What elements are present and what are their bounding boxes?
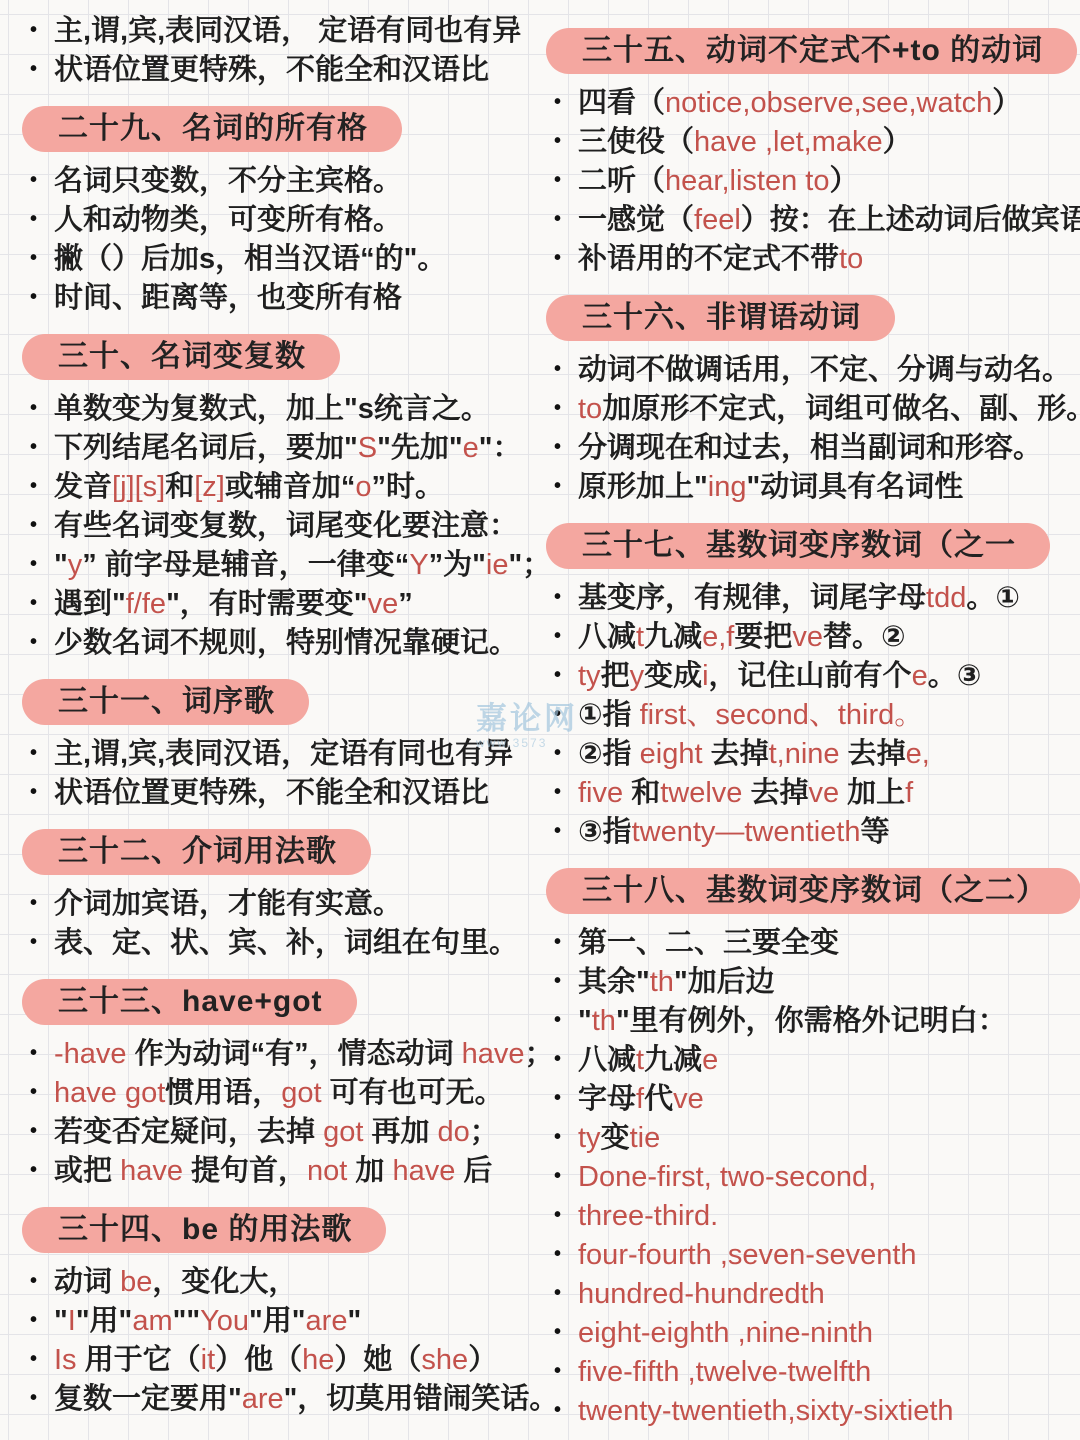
bullet-icon: • [554,428,561,467]
highlight-text-segment: he [302,1344,334,1376]
highlight-text-segment: three-third. [578,1200,718,1232]
text-segment: 九减 [644,621,702,653]
section-header-pill: 三十五、动词不定式不+to 的动词 [546,28,1077,74]
text-segment: "先加" [377,432,463,464]
highlight-text-segment: e,f [702,621,734,653]
section-header-pill: 三十四、be 的用法歌 [22,1207,386,1253]
bullet-item: •人和动物类，可变所有格。 [22,201,534,240]
bullet-icon: • [554,200,561,239]
bullet-item: •若变否定疑问，去掉 got 再加 do； [22,1113,534,1152]
text-segment: 惯用语， [165,1077,281,1109]
text-segment: 再加 [363,1116,437,1148]
highlight-text-segment: be [120,1266,152,1298]
bullet-icon: • [554,161,561,200]
text-segment: 代 [644,1083,673,1115]
bullet-item: •三使役（have ,let,make） [546,123,1078,162]
bullet-icon: • [30,1262,37,1301]
highlight-text-segment: have [392,1155,455,1187]
highlight-text-segment: f [636,1083,644,1115]
section-header-pill: 三十六、非谓语动词 [546,295,895,341]
highlight-text-segment: first、second、third。 [640,699,924,731]
text-segment: 时间、距离等，也变所有格 [54,282,402,314]
two-column-layout: •主,谓,宾,表同汉语， 定语有同也有异•状语位置更特殊，不能全和汉语比二十九、… [0,0,1080,1431]
text-segment: 发音 [54,471,112,503]
bullet-icon: • [30,923,37,962]
text-segment: ”时。 [371,471,444,503]
bullet-icon: • [554,1079,561,1118]
bullet-item: •撇（）后加s，相当汉语“的"。 [22,240,534,279]
bullet-icon: • [30,239,37,278]
text-segment: 和 [165,471,194,503]
highlight-text-segment: y [68,549,83,581]
bullet-item: •或把 have 提句首，not 加 have 后 [22,1152,534,1191]
bullet-icon: • [30,506,37,545]
text-segment: 状语位置更特殊，不能全和汉语比 [54,777,489,809]
text-segment: 去掉 [742,777,808,809]
text-segment: 和 [623,777,660,809]
bullet-icon: • [30,773,37,812]
text-segment: 其余" [578,966,650,998]
bullet-icon: • [554,389,561,428]
text-segment: "，切莫用错闹笑话。 [284,1383,559,1415]
bullet-icon: • [554,350,561,389]
bullet-icon: • [554,1274,561,1313]
highlight-text-segment: five [578,777,623,809]
bullet-icon: • [554,1235,561,1274]
section-header-pill: 三十一、词序歌 [22,679,309,725]
text-segment: "，有时需要变" [166,588,368,620]
bullet-item: •遇到"f/fe"，有时需要变"ve” [22,585,534,624]
bullet-icon: • [30,278,37,317]
bullet-item: •动词不做调话用，不定、分调与动名。 [546,351,1078,390]
text-segment: "； [508,549,551,581]
bullet-item: •介词加宾语，才能有实意。 [22,885,534,924]
highlight-text-segment: You [200,1305,249,1337]
text-segment: 单数变为复数式，加上"s统言之。 [54,393,490,425]
bullet-item: •状语位置更特殊，不能全和汉语比 [22,51,534,90]
highlight-text-segment: Is [54,1344,77,1376]
highlight-text-segment: am [132,1305,172,1337]
bullet-item: •八减t九减e,f要把ve替。② [546,618,1078,657]
highlight-text-segment: t [636,1044,644,1076]
highlight-text-segment: it [201,1344,216,1376]
bullet-icon: • [554,122,561,161]
text-segment: 去掉 [703,738,769,770]
bullet-item: •three-third. [546,1197,1078,1236]
highlight-text-segment: I [68,1305,76,1337]
bullet-icon: • [30,428,37,467]
bullet-item: •主,谓,宾,表同汉语， 定语有同也有异 [22,12,534,51]
bullet-item: •四看（notice,observe,see,watch） [546,84,1078,123]
highlight-text-segment: are [306,1305,348,1337]
text-segment: ） [468,1344,497,1376]
bullet-item: •主,谓,宾,表同汉语，定语有同也有异 [22,735,534,774]
text-segment: 变 [601,1122,630,1154]
highlight-text-segment: have ,let,make [694,126,883,158]
highlight-text-segment: th [650,966,674,998]
text-segment: ）他（ [215,1344,302,1376]
bullet-item: •eight-eighth ,nine-ninth [546,1314,1078,1353]
section-header-pill: 三十八、基数词变序数词（之二） [546,868,1080,914]
text-segment: "用" [76,1305,133,1337]
bullet-item: •Is 用于它（it）他（he）她（she） [22,1341,534,1380]
bullet-item: •状语位置更特殊，不能全和汉语比 [22,774,534,813]
bullet-icon: • [30,1340,37,1379]
bullet-icon: • [554,1313,561,1352]
text-segment: 把 [601,660,630,692]
bullet-icon: • [554,812,561,851]
bullet-icon: • [554,695,561,734]
bullet-icon: • [554,467,561,506]
section-header-pill: 三十三、have+got [22,979,357,1025]
text-segment: 字母 [578,1083,636,1115]
highlight-text-segment: e [702,1044,718,1076]
highlight-text-segment: got [323,1116,363,1148]
text-segment: ①指 [578,699,640,731]
bullet-item: •to加原形不定式，词组可做名、副、形。 [546,390,1078,429]
bullet-icon: • [554,617,561,656]
text-segment: ）她（ [334,1344,421,1376]
text-segment: 要把 [734,621,792,653]
text-segment: 若变否定疑问，去掉 [54,1116,323,1148]
text-segment: " [54,1305,68,1337]
text-segment: ，变化大， [152,1266,297,1298]
bullet-icon: • [554,83,561,122]
section-header-pill: 三十、名词变复数 [22,334,340,380]
bullet-item: •-have 作为动词“有”，情态动词 have； [22,1035,534,1074]
bullet-icon: • [30,1301,37,1340]
bullet-item: •复数一定要用"are"，切莫用错闹笑话。 [22,1380,534,1419]
bullet-item: •时间、距离等，也变所有格 [22,279,534,318]
bullet-icon: • [30,467,37,506]
highlight-text-segment: twenty-twentieth,sixty-sixtieth [578,1395,954,1427]
highlight-text-segment: to [839,243,863,275]
text-segment: 加 [347,1155,392,1187]
bullet-item: •二听（hear,listen to） [546,162,1078,201]
text-segment: ） [992,87,1021,119]
bullet-item: •hundred-hundredth [546,1275,1078,1314]
text-segment: ） [883,126,912,158]
bullet-icon: • [30,1034,37,1073]
highlight-text-segment: eight [640,738,703,770]
highlight-text-segment: Y [409,549,428,581]
text-segment: 少数名词不规则，特别情况靠硬记。 [54,627,518,659]
text-segment: 补语用的不定式不带 [578,243,839,275]
text-segment: 复数一定要用" [54,1383,242,1415]
text-segment: 动词 [54,1266,120,1298]
text-segment: ” 前字母是辅音，一律变“ [82,549,409,581]
highlight-text-segment: five-fifth ,twelve-twelfth [578,1356,871,1388]
bullet-icon: • [30,584,37,623]
bullet-item: •补语用的不定式不带to [546,240,1078,279]
bullet-icon: • [30,161,37,200]
bullet-item: •twenty-twentieth,sixty-sixtieth [546,1392,1078,1431]
text-segment: ②指 [578,738,640,770]
text-segment: 提句首， [183,1155,307,1187]
bullet-item: •八减t九减e [546,1041,1078,1080]
section-header-pill: 二十九、名词的所有格 [22,106,402,152]
highlight-text-segment: e, [906,738,930,770]
bullet-item: •下列结尾名词后，要加"S"先加"e"： [22,429,534,468]
text-segment: ”为" [429,549,486,581]
text-segment: 主,谓,宾,表同汉语， 定语有同也有异 [54,15,521,47]
bullet-icon: • [554,1196,561,1235]
text-segment: 基变序，有规律，词尾字母 [578,582,926,614]
bullet-item: •Done-first, two-second, [546,1158,1078,1197]
text-segment: 一感觉（ [578,204,694,236]
highlight-text-segment: e [912,660,928,692]
text-segment: "加后边 [674,966,775,998]
bullet-icon: • [554,1391,561,1430]
text-segment: 加上 [839,777,905,809]
bullet-item: •单数变为复数式，加上"s统言之。 [22,390,534,429]
text-segment: ” [398,588,413,620]
text-segment: 等 [860,816,889,848]
text-segment: 作为动词“有”，情态动词 [127,1038,462,1070]
bullet-item: •名词只变数，不分主宾格。 [22,162,534,201]
bullet-item: •five 和twelve 去掉ve 加上f [546,774,1078,813]
bullet-item: •第一、二、三要全变 [546,924,1078,963]
highlight-text-segment: have [120,1155,183,1187]
bullet-icon: • [554,1001,561,1040]
bullet-item: •②指 eight 去掉t,nine 去掉e, [546,735,1078,774]
bullet-item: •其余"th"加后边 [546,963,1078,1002]
bullet-icon: • [30,200,37,239]
highlight-text-segment: she [421,1344,468,1376]
text-segment: 主,谓,宾,表同汉语，定语有同也有异 [54,738,513,770]
highlight-text-segment: feel [694,204,741,236]
highlight-text-segment: hundred-hundredth [578,1278,825,1310]
text-segment: 四看（ [578,87,665,119]
text-segment: 可有也可无。 [322,1077,504,1109]
bullet-icon: • [30,50,37,89]
highlight-text-segment: y [630,660,645,692]
bullet-icon: • [30,11,37,50]
bullet-icon: • [30,623,37,662]
highlight-text-segment: ve [368,588,399,620]
bullet-item: •动词 be，变化大， [22,1263,534,1302]
section-header-pill: 三十七、基数词变序数词（之一 [546,523,1050,569]
highlight-text-segment: Done-first, two-second, [578,1161,876,1193]
text-segment: 。① [966,582,1020,614]
highlight-text-segment: four-fourth ,seven-seventh [578,1239,917,1271]
text-segment: 八减 [578,1044,636,1076]
text-segment: 或辅音加“ [225,471,356,503]
text-segment: ）按：在上述动词后做宾语 [741,204,1080,236]
text-segment: 有些名词变复数，词尾变化要注意： [54,510,518,542]
highlight-text-segment: have got [54,1077,165,1109]
text-segment: 变成 [644,660,702,692]
highlight-text-segment: eight-eighth ,nine-ninth [578,1317,873,1349]
bullet-icon: • [554,1157,561,1196]
highlight-text-segment: e [463,432,479,464]
text-segment: 九减 [644,1044,702,1076]
bullet-icon: • [30,884,37,923]
bullet-item: •five-fifth ,twelve-twelfth [546,1353,1078,1392]
bullet-item: •four-fourth ,seven-seventh [546,1236,1078,1275]
highlight-text-segment: [j][s] [112,471,165,503]
bullet-icon: • [554,734,561,773]
bullet-item: •分调现在和过去，相当副词和形容。 [546,429,1078,468]
text-segment: 三使役（ [578,126,694,158]
bullet-icon: • [554,1040,561,1079]
bullet-icon: • [554,773,561,812]
text-segment: 分调现在和过去，相当副词和形容。 [578,432,1042,464]
bullet-item: •have got惯用语，got 可有也可无。 [22,1074,534,1113]
bullet-icon: • [554,962,561,1001]
highlight-text-segment: -have [54,1038,127,1070]
text-segment: "用" [249,1305,306,1337]
bullet-icon: • [554,239,561,278]
bullet-icon: • [30,734,37,773]
text-segment: ，记住山前有个 [709,660,912,692]
text-segment: "里有例外，你需格外记明白： [616,1005,1007,1037]
bullet-item: •表、定、状、宾、补，词组在句里。 [22,924,534,963]
text-segment: 替。② [823,621,906,653]
text-segment: 状语位置更特殊，不能全和汉语比 [54,54,489,86]
bullet-icon: • [554,1352,561,1391]
highlight-text-segment: [z] [194,471,225,503]
highlight-text-segment: got [281,1077,321,1109]
highlight-text-segment: th [592,1005,616,1037]
bullet-item: •"I"用"am""You"用"are" [22,1302,534,1341]
highlight-text-segment: twelve [660,777,742,809]
bullet-item: •少数名词不规则，特别情况靠硬记。 [22,624,534,663]
highlight-text-segment: hear,listen to [665,165,829,197]
text-segment: 动词不做调话用，不定、分调与动名。 [578,354,1071,386]
bullet-icon: • [554,578,561,617]
highlight-text-segment: tie [630,1122,661,1154]
text-segment: " [578,1005,592,1037]
text-segment: 加原形不定式，词组可做名、副、形。 [602,393,1080,425]
text-segment: 后 [455,1155,492,1187]
bullet-item: •有些名词变复数，词尾变化要注意： [22,507,534,546]
highlight-text-segment: S [358,432,377,464]
highlight-text-segment: twenty—twentieth [632,816,861,848]
bullet-item: •"th"里有例外，你需格外记明白： [546,1002,1078,1041]
highlight-text-segment: tdd [926,582,966,614]
bullet-item: •①指 first、second、third。 [546,696,1078,735]
bullet-item: •原形加上"ing"动词具有名词性 [546,468,1078,507]
text-segment: "动词具有名词性 [746,471,963,503]
highlight-text-segment: ve [808,777,839,809]
highlight-text-segment: ty [578,1122,601,1154]
text-segment: 八减 [578,621,636,653]
text-segment: "： [479,432,522,464]
highlight-text-segment: o [355,471,371,503]
text-segment: "" [173,1305,201,1337]
bullet-icon: • [30,389,37,428]
highlight-text-segment: f/fe [126,588,166,620]
bullet-item: •"y” 前字母是辅音，一律变“Y”为"ie"； [22,546,534,585]
text-segment: ； [470,1116,499,1148]
highlight-text-segment: ve [673,1083,704,1115]
text-segment: 表、定、状、宾、补，词组在句里。 [54,927,518,959]
bullet-item: •基变序，有规律，词尾字母tdd。① [546,579,1078,618]
grammar-notes-page: 嘉论网 www.3573 •主,谓,宾,表同汉语， 定语有同也有异•状语位置更特… [0,0,1080,1440]
text-segment: 第一、二、三要全变 [578,927,839,959]
text-segment: 二听（ [578,165,665,197]
bullet-item: •一感觉（feel）按：在上述动词后做宾语 [546,201,1078,240]
text-segment: 或把 [54,1155,120,1187]
column-left: •主,谓,宾,表同汉语， 定语有同也有异•状语位置更特殊，不能全和汉语比二十九、… [0,0,540,1431]
bullet-icon: • [30,545,37,584]
bullet-icon: • [30,1379,37,1418]
bullet-item: •③指twenty—twentieth等 [546,813,1078,852]
text-segment: " [54,549,68,581]
bullet-icon: • [30,1151,37,1190]
highlight-text-segment: t,nine [769,738,840,770]
highlight-text-segment: ie [486,549,509,581]
column-right: 三十五、动词不定式不+to 的动词•四看（notice,observe,see,… [540,0,1080,1431]
bullet-item: •ty变tie [546,1119,1078,1158]
highlight-text-segment: ty [578,660,601,692]
highlight-text-segment: notice,observe,see,watch [665,87,992,119]
text-segment: 。③ [928,660,982,692]
highlight-text-segment: f [905,777,913,809]
text-segment: 介词加宾语，才能有实意。 [54,888,402,920]
text-segment: 去掉 [840,738,906,770]
text-segment: 人和动物类，可变所有格。 [54,204,402,236]
text-segment: 用于它（ [77,1344,201,1376]
text-segment: 下列结尾名词后，要加" [54,432,358,464]
highlight-text-segment: do [438,1116,470,1148]
bullet-icon: • [554,656,561,695]
bullet-icon: • [554,923,561,962]
text-segment: 遇到" [54,588,126,620]
highlight-text-segment: have [462,1038,525,1070]
highlight-text-segment: ing [708,471,747,503]
text-segment: ） [829,165,858,197]
bullet-item: •字母f代ve [546,1080,1078,1119]
bullet-icon: • [30,1112,37,1151]
highlight-text-segment: ve [792,621,823,653]
bullet-icon: • [30,1073,37,1112]
text-segment: ③指 [578,816,632,848]
bullet-item: •ty把y变成i，记住山前有个e。③ [546,657,1078,696]
highlight-text-segment: are [242,1383,284,1415]
text-segment: 名词只变数，不分主宾格。 [54,165,402,197]
text-segment: " [347,1305,361,1337]
highlight-text-segment: to [578,393,602,425]
text-segment: 撇（）后加s，相当汉语“的"。 [54,243,446,275]
bullet-icon: • [554,1118,561,1157]
highlight-text-segment: t [636,621,644,653]
section-header-pill: 三十二、介词用法歌 [22,829,371,875]
text-segment: 原形加上" [578,471,708,503]
bullet-item: •发音[j][s]和[z]或辅音加“o”时。 [22,468,534,507]
highlight-text-segment: not [307,1155,347,1187]
